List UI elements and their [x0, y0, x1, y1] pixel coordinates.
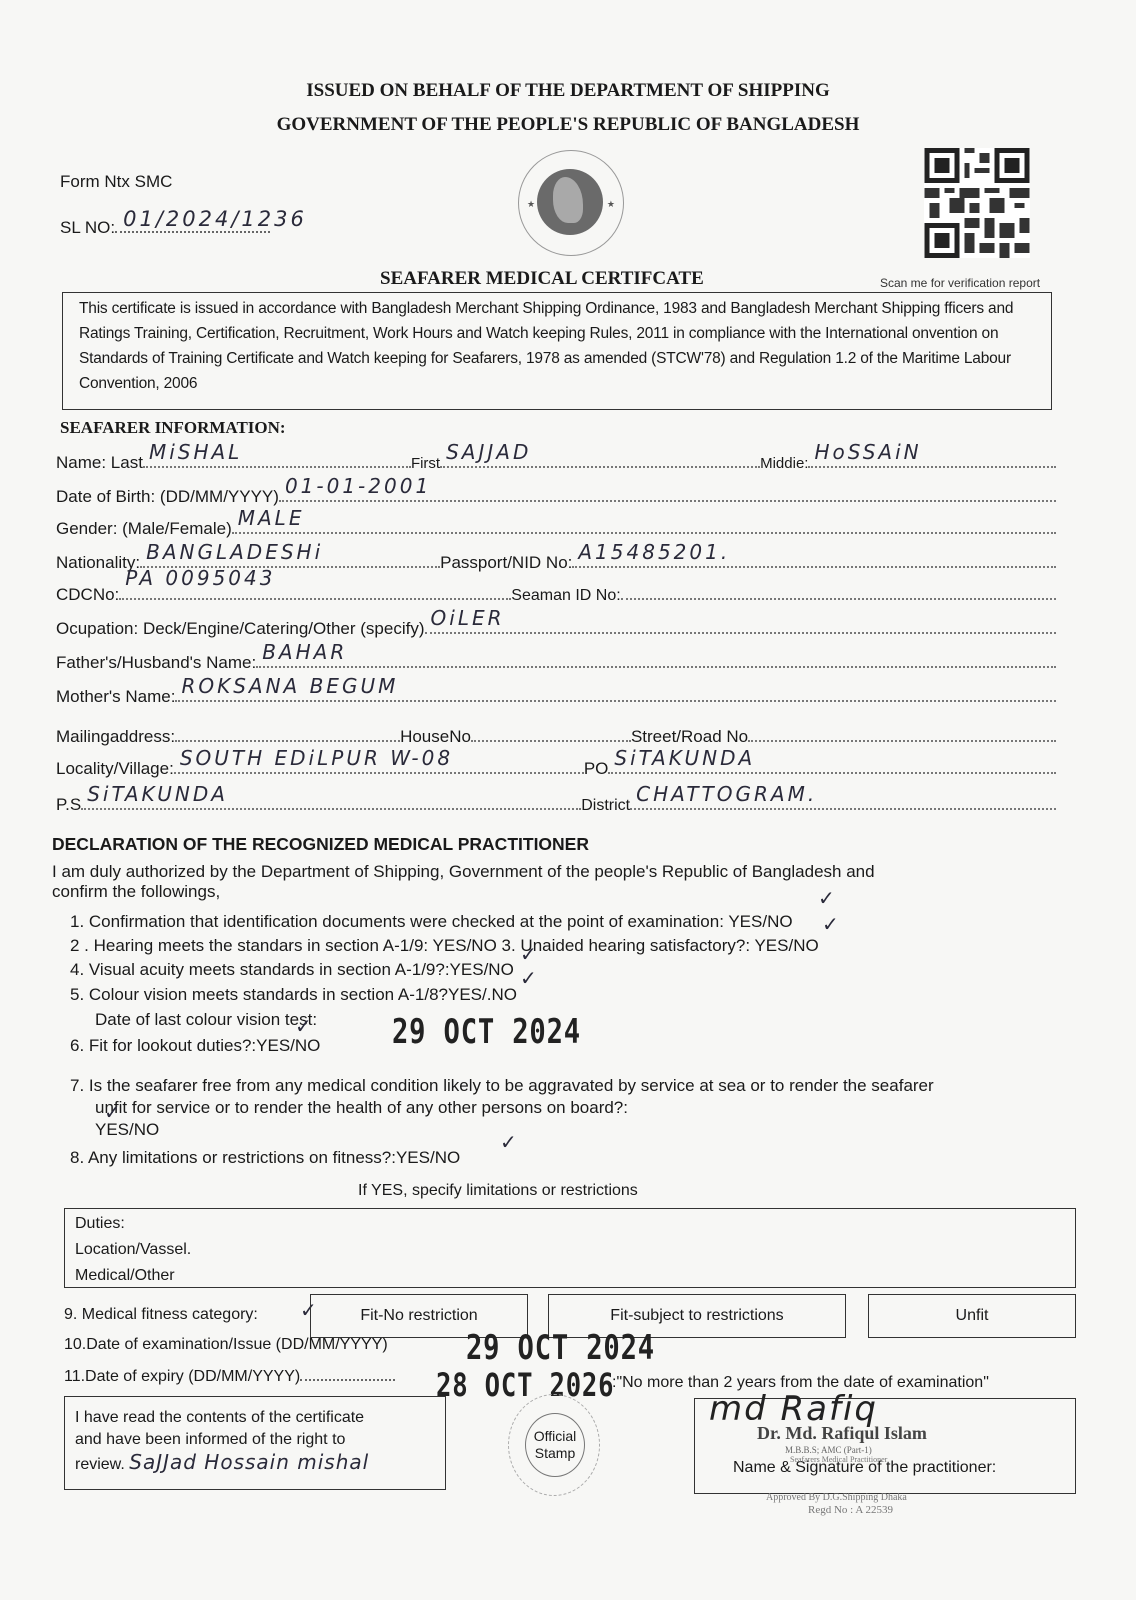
government-line: GOVERNMENT OF THE PEOPLE'S REPUBLIC OF B… [0, 114, 1136, 136]
declaration-item-6: 6. Fit for lookout duties?:YES/NO [70, 1036, 320, 1056]
if-yes-label: If YES, specify limitations or restricti… [358, 1182, 638, 1200]
seaman-id-label: Seaman ID No: [511, 587, 620, 605]
house-no-label: HouseNo [400, 727, 471, 747]
limit-duties: Duties: [75, 1211, 1065, 1237]
po-label: PO [584, 759, 609, 779]
serial-value: 01/2024/1236 [123, 207, 307, 231]
legal-basis-text: This certificate is issued in accordance… [63, 293, 1051, 399]
check-mark-icon: ✓ [822, 912, 839, 937]
gender-field[interactable]: MALE [232, 514, 1056, 534]
stamp-line2: Stamp [535, 1445, 575, 1462]
cdc-field[interactable]: PA 0095043 [119, 580, 511, 600]
first-name-label: First [411, 455, 440, 472]
dob-field[interactable]: 01-01-2001 [279, 482, 1056, 502]
acknowledgement-box: I have read the contents of the certific… [64, 1396, 446, 1490]
declaration-item-1: 1. Confirmation that identification docu… [70, 912, 793, 932]
exam-date-value: 29 OCT 2024 [466, 1328, 655, 1368]
issuing-authority-line: ISSUED ON BEHALF OF THE DEPARTMENT OF SH… [0, 80, 1136, 102]
qr-code-icon[interactable] [924, 148, 1030, 258]
po-field[interactable]: SiTAKUNDA [608, 754, 1056, 774]
dob-value: 01-01-2001 [285, 474, 431, 498]
check-mark-icon: ✓ [520, 942, 537, 967]
declaration-item-7-cont: unfit for service or to render the healt… [95, 1098, 628, 1118]
limitations-box[interactable]: Duties: Location/Vassel. Medical/Other [64, 1208, 1076, 1288]
declaration-heading: DECLARATION OF THE RECOGNIZED MEDICAL PR… [52, 834, 589, 855]
nationality-field[interactable]: BANGLADESHi [140, 548, 440, 568]
gender-value: MALE [238, 506, 305, 530]
father-row: Father's/Husband's Name: BAHAR [56, 648, 1056, 673]
seafarer-signature[interactable]: SaJJad Hossain mishal [129, 1450, 369, 1474]
occupation-value: OiLER [431, 606, 505, 630]
passport-label: Passport/NID No: [440, 553, 572, 573]
dob-row: Date of Birth: (DD/MM/YYYY) 01-01-2001 [56, 482, 1056, 507]
first-name-field[interactable]: SAJJAD [440, 448, 760, 468]
cdc-row: CDCNo: PA 0095043 Seaman ID No: [56, 580, 1056, 605]
middle-name-label: Middie: [760, 455, 808, 472]
cdc-value: PA 0095043 [125, 566, 275, 590]
mother-row: Mother's Name: ROKSANA BEGUM [56, 682, 1056, 707]
declaration-item-4: 4. Visual acuity meets standards in sect… [70, 960, 514, 980]
street-no-label: Street/Road No [631, 727, 748, 747]
fitness-option-unfit[interactable]: Unfit [868, 1294, 1076, 1338]
practitioner-qualifications: M.B.B.S; AMC (Part-1) [785, 1445, 872, 1455]
registration-number: Regd No : A 22539 [808, 1504, 893, 1516]
passport-value: A15485201. [578, 540, 730, 564]
father-name-value: BAHAR [262, 640, 347, 664]
check-mark-icon: ✓ [500, 1130, 517, 1155]
seafarer-info-heading: SEAFARER INFORMATION: [60, 418, 286, 438]
ps-value: SiTAKUNDA [87, 782, 228, 806]
colour-test-date: 29 OCT 2024 [392, 1012, 581, 1052]
declaration-item-7: 7. Is the seafarer free from any medical… [70, 1076, 934, 1096]
declaration-intro-line1: I am duly authorized by the Department o… [52, 862, 875, 882]
declaration-intro-line2: confirm the followings, [52, 882, 220, 902]
mother-name-label: Mother's Name: [56, 687, 175, 707]
last-name-field[interactable]: MiSHAL [143, 448, 411, 468]
mother-name-value: ROKSANA BEGUM [181, 674, 398, 698]
check-mark-icon: ✓ [818, 886, 835, 911]
ps-field[interactable]: SiTAKUNDA [81, 790, 581, 810]
expiry-date-label: 11.Date of expiry (DD/MM/YYYY) [64, 1368, 395, 1386]
check-mark-icon: ✓ [295, 1014, 312, 1039]
limit-location: Location/Vassel. [75, 1237, 1065, 1263]
ack-line1: I have read the contents of the certific… [75, 1407, 435, 1429]
locality-field[interactable]: SOUTH EDiLPUR W-08 [174, 754, 584, 774]
locality-value: SOUTH EDiLPUR W-08 [180, 746, 453, 770]
occupation-label: Ocupation: Deck/Engine/Catering/Other (s… [56, 619, 425, 639]
colour-test-label: Date of last colour vision test: [95, 1010, 317, 1030]
practitioner-role: Seafarers Medical Practitioner [790, 1455, 887, 1464]
middle-name-field[interactable]: HoSSAiN [808, 448, 1056, 468]
official-stamp-ring: Official Stamp [508, 1394, 600, 1496]
father-name-field[interactable]: BAHAR [256, 648, 1056, 668]
mother-name-field[interactable]: ROKSANA BEGUM [175, 682, 1056, 702]
father-name-label: Father's/Husband's Name: [56, 653, 256, 673]
declaration-item-5: 5. Colour vision meets standards in sect… [70, 985, 517, 1005]
declaration-item-2-3: 2 . Hearing meets the standars in sectio… [70, 936, 819, 956]
house-no-field[interactable] [471, 722, 631, 742]
practitioner-signature-box: md Rafiq Dr. Md. Rafiqul Islam M.B.B.S; … [694, 1398, 1076, 1494]
passport-field[interactable]: A15485201. [572, 548, 1056, 568]
mailing-row: Mailingaddress: HouseNo Street/Road No [56, 722, 1056, 747]
limit-medical: Medical/Other [75, 1263, 1065, 1289]
qr-caption: Scan me for verification report [880, 276, 1040, 290]
serial-number: SL NO:01/2024/1236 [60, 218, 270, 238]
expiry-date-label-text: 11.Date of expiry (DD/MM/YYYY) [64, 1368, 300, 1385]
district-field[interactable]: CHATTOGRAM. [630, 790, 1056, 810]
ps-row: P.S SiTAKUNDA District CHATTOGRAM. [56, 790, 1056, 815]
certificate-title: SEAFARER MEDICAL CERTIFCATE [380, 268, 704, 290]
stamp-line1: Official [534, 1428, 577, 1445]
last-name-label: Name: Last [56, 453, 143, 473]
district-value: CHATTOGRAM. [636, 782, 817, 806]
name-row: Name: Last MiSHAL First SAJJAD Middie: H… [56, 448, 1056, 473]
check-mark-icon: ✓ [520, 966, 537, 991]
locality-label: Locality/Village: [56, 759, 174, 779]
district-label: District [581, 797, 630, 815]
gender-row: Gender: (Male/Female) MALE [56, 514, 1056, 539]
first-name-value: SAJJAD [446, 440, 531, 464]
official-stamp-icon: Official Stamp [525, 1413, 585, 1477]
nationality-value: BANGLADESHi [146, 540, 323, 564]
exam-date-label: 10.Date of examination/Issue (DD/MM/YYYY… [64, 1336, 388, 1354]
po-value: SiTAKUNDA [614, 746, 755, 770]
seaman-id-field[interactable] [621, 580, 1056, 600]
fitness-category-label: 9. Medical fitness category: [64, 1306, 258, 1324]
dob-label: Date of Birth: (DD/MM/YYYY) [56, 487, 279, 507]
ack-line3: review. [75, 1456, 125, 1473]
mailing-address-label: Mailingaddress: [56, 727, 175, 747]
occupation-row: Ocupation: Deck/Engine/Catering/Other (s… [56, 614, 1056, 639]
check-mark-icon: ✓ [104, 1100, 121, 1125]
cdc-label: CDCNo: [56, 585, 119, 605]
occupation-field[interactable]: OiLER [425, 614, 1056, 634]
street-no-field[interactable] [748, 722, 1056, 742]
gender-label: Gender: (Male/Female) [56, 519, 232, 539]
locality-row: Locality/Village: SOUTH EDiLPUR W-08 PO … [56, 754, 1056, 779]
middle-name-value: HoSSAiN [814, 440, 921, 464]
expiry-date-value: 28 OCT 2026 [436, 1366, 614, 1404]
government-seal-icon: ★ ★ [518, 150, 624, 256]
ps-label: P.S [56, 795, 81, 815]
declaration-item-8: 8. Any limitations or restrictions on fi… [70, 1148, 460, 1168]
ack-line2: and have been informed of the right to [75, 1429, 435, 1451]
mailing-address-field[interactable] [175, 722, 400, 742]
legal-basis-box: This certificate is issued in accordance… [62, 292, 1052, 410]
serial-label: SL NO: [60, 218, 115, 237]
form-number: Form Ntx SMC [60, 172, 172, 192]
last-name-value: MiSHAL [149, 440, 242, 464]
practitioner-name-stamp: Dr. Md. Rafiqul Islam [757, 1423, 927, 1444]
approval-stamp: Approved By D.G.Shipping Dhaka [766, 1492, 907, 1503]
